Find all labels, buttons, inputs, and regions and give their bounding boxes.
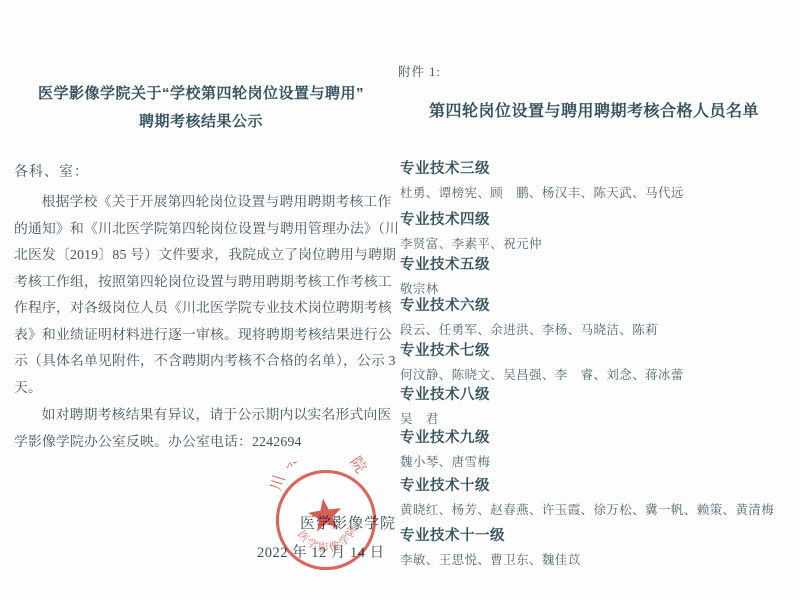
rank-names: 吴 君 xyxy=(400,411,790,427)
rank-section: 专业技术四级 李贤富、李素平、祝元仲 xyxy=(400,211,790,252)
appendix-title: 第四轮岗位设置与聘用聘期考核合格人员名单 xyxy=(398,98,790,121)
rank-names: 黄晓红、杨芳、赵春燕、许玉霞、徐万松、冀一帆、赖策、黄清梅 xyxy=(400,502,790,518)
rank-names: 李敏、王思悦、曹卫东、魏佳苡 xyxy=(400,552,790,568)
salutation: 各科、室： xyxy=(14,161,89,181)
rank-heading: 专业技术三级 xyxy=(400,160,790,179)
rank-heading: 专业技术五级 xyxy=(400,256,790,275)
rank-heading: 专业技术九级 xyxy=(400,429,790,448)
paragraph-line: 表》和业绩证明材料进行逐一审核。现将聘期考核结果进行公 xyxy=(14,322,388,349)
rank-heading: 专业技术六级 xyxy=(400,297,790,316)
rank-heading: 专业技术七级 xyxy=(400,342,790,361)
signature-date: 2022 年 12 月 14 日 xyxy=(257,541,385,562)
notice-paragraph-1: 根据学校《关于开展第四轮岗位设置与聘用聘期考核工作 的通知》和《川北医学院第四轮… xyxy=(14,189,388,401)
rank-section: 专业技术三级 杜勇、谭榜宪、顾 鹏、杨汉丰、陈天武、马代远 xyxy=(400,160,790,201)
notice-title-line-1: 医学影像学院关于“学校第四轮岗位设置与聘用” xyxy=(14,80,388,108)
attachment-label: 附件 1: xyxy=(398,62,790,80)
paragraph-line: 学影像学院办公室反映。办公室电话：2242694 xyxy=(14,429,388,456)
rank-section: 专业技术七级 何汶静、陈晓文、吴昌强、李 睿、刘念、蒋冰蕾 xyxy=(400,342,790,383)
attachment-column: 附件 1: 第四轮岗位设置与聘用聘期考核合格人员名单 专业技术三级 杜勇、谭榜宪… xyxy=(398,62,790,592)
rank-section: 专业技术九级 魏小琴、唐雪梅 xyxy=(400,429,790,470)
rank-names: 杜勇、谭榜宪、顾 鹏、杨汉丰、陈天武、马代远 xyxy=(400,185,790,201)
rank-section: 专业技术六级 段云、任勇军、余进洪、李杨、马晓洁、陈莉 xyxy=(400,297,790,338)
rank-names: 李贤富、李素平、祝元仲 xyxy=(400,236,790,252)
rank-names: 何汶静、陈晓文、吴昌强、李 睿、刘念、蒋冰蕾 xyxy=(400,367,790,383)
rank-names: 敬宗林 xyxy=(400,281,790,297)
notice-paragraph-2: 如对聘期考核结果有异议，请于公示期内以实名形式向医 学影像学院办公室反映。办公室… xyxy=(14,402,388,455)
rank-heading: 专业技术四级 xyxy=(400,211,790,230)
notice-column: 医学影像学院关于“学校第四轮岗位设置与聘用” 聘期考核结果公示 各科、室： 根据… xyxy=(14,80,388,590)
paragraph-line: 示（具体名单见附件，不含聘期内考核不合格的名单），公示 3 xyxy=(14,348,388,375)
paragraph-line: 作程序，对各级岗位人员《川北医学院专业技术岗位聘期考核 xyxy=(14,295,388,322)
paragraph-line: 根据学校《关于开展第四轮岗位设置与聘用聘期考核工作 xyxy=(14,189,388,216)
signature-org-name: 医学影像学院 xyxy=(300,512,396,533)
rank-names: 魏小琴、唐雪梅 xyxy=(400,454,790,470)
scanned-notice-page: { "colors": { "ink_heading": "#33505d", … xyxy=(0,0,800,600)
paragraph-line: 如对聘期考核结果有异议，请于公示期内以实名形式向医 xyxy=(14,402,388,429)
rank-section: 专业技术五级 敬宗林 xyxy=(400,256,790,297)
paragraph-line: 的通知》和《川北医学院第四轮岗位设置与聘用管理办法》（川 xyxy=(14,216,388,243)
paragraph-line: 北医发〔2019〕85 号）文件要求，我院成立了岗位聘用与聘期 xyxy=(14,242,388,269)
paragraph-line: 天。 xyxy=(14,375,388,402)
rank-heading: 专业技术十级 xyxy=(400,477,790,496)
rank-section: 专业技术十一级 李敏、王思悦、曹卫东、魏佳苡 xyxy=(400,527,790,568)
rank-heading: 专业技术八级 xyxy=(400,386,790,405)
notice-title-line-2: 聘期考核结果公示 xyxy=(14,108,388,136)
paragraph-line: 考核工作组，按照第四轮岗位设置与聘用聘期考核工作考核工 xyxy=(14,269,388,296)
rank-names: 段云、任勇军、余进洪、李杨、马晓洁、陈莉 xyxy=(400,322,790,338)
rank-section: 专业技术八级 吴 君 xyxy=(400,386,790,427)
rank-section: 专业技术十级 黄晓红、杨芳、赵春燕、许玉霞、徐万松、冀一帆、赖策、黄清梅 xyxy=(400,477,790,518)
rank-heading: 专业技术十一级 xyxy=(400,527,790,546)
